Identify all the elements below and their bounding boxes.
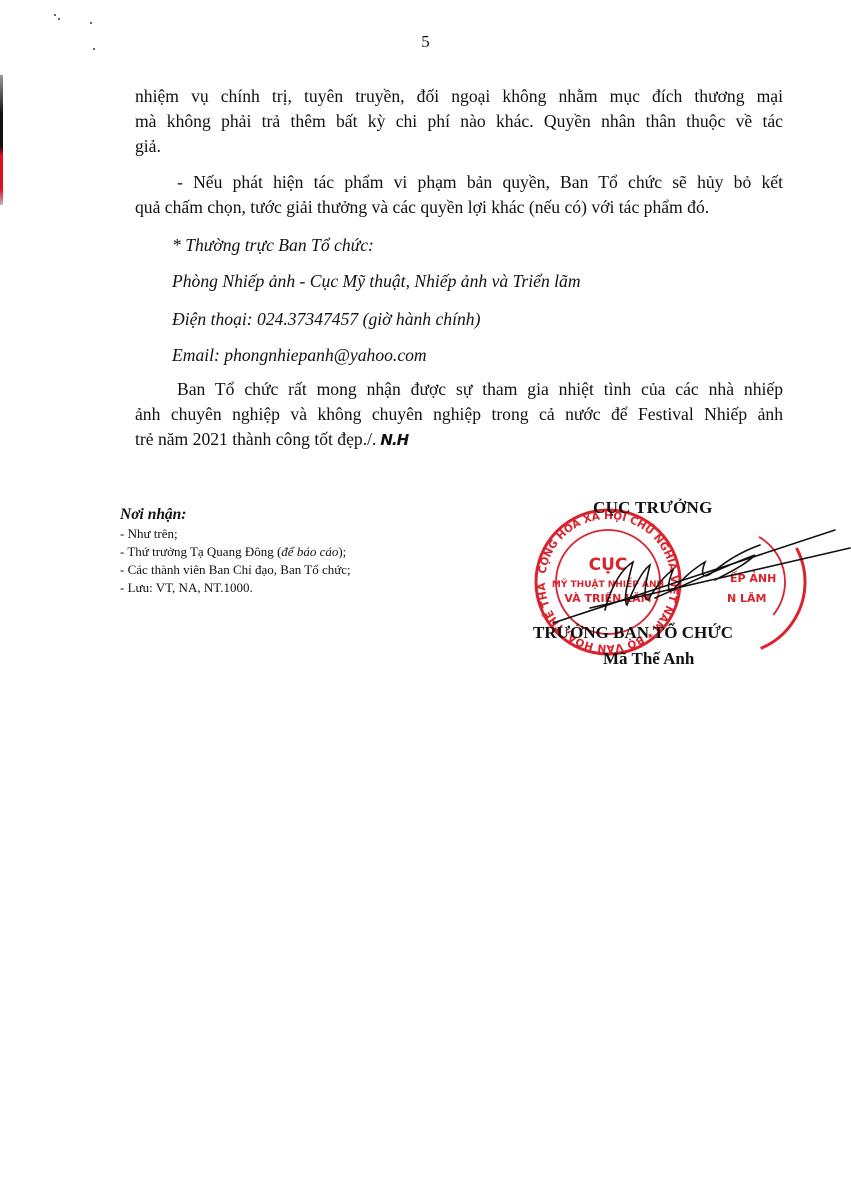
paragraph-copyright-violation: - Nếu phát hiện tác phẩm vi phạm bản quy… [135,170,783,220]
recipient-note: để báo cáo [281,544,338,559]
recipient-text: - Thứ trưởng Tạ Quang Đông ( [120,544,281,559]
signature-block: CỘNG HÒA XÃ HỘI CHỦ NGHĨA VIỆT NAM * BỘ … [515,490,815,690]
text-line: quả chấm chọn, tước giải thưởng và các q… [135,195,783,220]
recipient-item: - Thứ trưởng Tạ Quang Đông (để báo cáo); [120,543,351,561]
scan-edge-strip [0,75,3,205]
contact-email: Email: phongnhiepanh@yahoo.com [172,343,427,368]
contact-office: Phòng Nhiếp ảnh - Cục Mỹ thuật, Nhiếp ản… [172,269,581,294]
text-line: mà không phải trả thêm bất kỳ chi phí nà… [135,109,783,134]
signer-name: Mã Thế Anh [603,649,694,669]
recipient-text: ); [338,544,346,559]
handwritten-initials: N.H [380,431,408,449]
page-number: 5 [0,32,851,52]
recipients-block: Nơi nhận: - Như trên; - Thứ trưởng Tạ Qu… [120,505,351,597]
text-line: ảnh chuyên nghiệp và không chuyên nghiệp… [135,402,783,427]
recipient-item: - Lưu: VT, NA, NT.1000. [120,579,351,597]
text-line: - Nếu phát hiện tác phẩm vi phạm bản quy… [135,170,783,195]
contact-heading: * Thường trực Ban Tổ chức: [172,233,374,258]
closing-last-text: trẻ năm 2021 thành công tốt đẹp./. [135,429,376,449]
recipients-heading: Nơi nhận: [120,505,351,525]
paragraph-closing: Ban Tổ chức rất mong nhận được sự tham g… [135,377,783,453]
paragraph-continuation: nhiệm vụ chính trị, tuyên truyền, đối ng… [135,84,783,159]
text-line: giả. [135,134,783,159]
text-line: Ban Tổ chức rất mong nhận được sự tham g… [135,377,783,402]
text-line: nhiệm vụ chính trị, tuyên truyền, đối ng… [135,84,783,109]
text-line: trẻ năm 2021 thành công tốt đẹp./.N.H [135,427,783,453]
signature-role: TRƯỞNG BAN TỔ CHỨC [533,623,733,643]
recipient-item: - Như trên; [120,525,351,543]
contact-phone: Điện thoại: 024.37347457 (giờ hành chính… [172,307,480,332]
recipient-item: - Các thành viên Ban Chỉ đạo, Ban Tổ chứ… [120,561,351,579]
